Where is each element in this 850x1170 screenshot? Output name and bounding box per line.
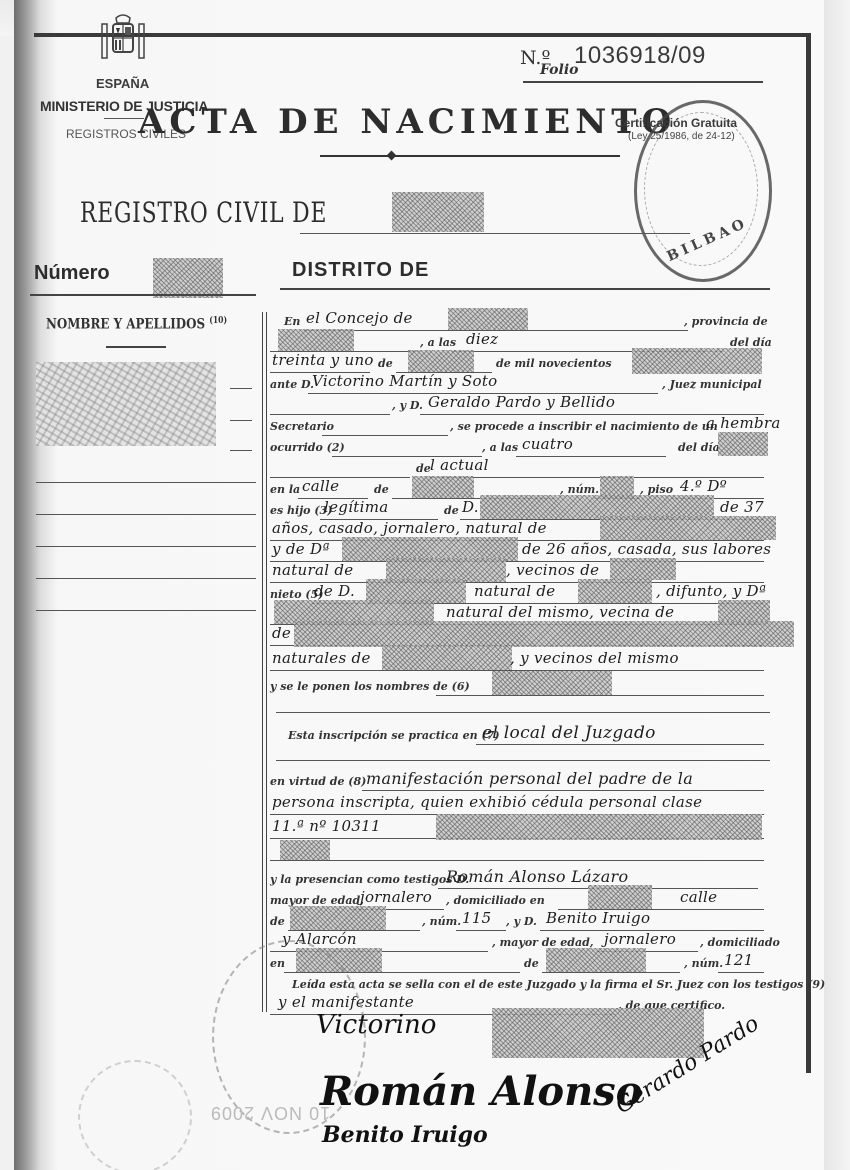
body-line-22b xyxy=(270,842,770,862)
redacted-full-name xyxy=(36,362,216,446)
body-line-3: treinta y uno de de mil novecientos xyxy=(270,354,770,374)
witness2-signature: Benito Iruigo xyxy=(322,1122,488,1148)
body-line-22: 11.ª nº 10311 xyxy=(270,820,770,840)
body-line-7: ocurrido (2) , a las cuatro del día xyxy=(270,438,770,458)
body-line-21: persona inscripta, quien exhibió cédula … xyxy=(270,796,770,816)
body-line-6: Secretario , se procede a inscribir el n… xyxy=(270,417,770,437)
body-line-20: en virtud de (8) manifestación personal … xyxy=(270,772,770,792)
body-line-12: y de Dª de 26 años, casada, sus labores xyxy=(270,543,770,563)
body-line-13: natural de , vecinos de xyxy=(270,564,770,584)
body-line-25: de , núm. 115 , y D. Benito Iruigo xyxy=(270,912,770,932)
redacted-witness1-street xyxy=(290,906,386,930)
district-rule xyxy=(280,288,770,290)
ruled-line xyxy=(276,760,770,761)
redacted-id-extra xyxy=(280,840,330,860)
redacted-id-details xyxy=(436,814,762,840)
ruled-line xyxy=(230,450,252,451)
redacted-grandfather-origin xyxy=(578,579,652,603)
redacted-father-origin xyxy=(600,516,776,540)
column-divider xyxy=(262,312,267,1012)
certification-label: Certificación Gratuita xyxy=(615,116,737,130)
body-line-5: , y D. Geraldo Pardo y Bellido xyxy=(270,396,770,416)
paper-right-edge xyxy=(824,0,850,1170)
body-line-8: de l actual xyxy=(270,459,770,479)
record-number-rule xyxy=(30,294,256,296)
coat-of-arms-icon xyxy=(98,12,148,68)
redacted-record-number xyxy=(153,258,223,298)
redacted-grandparents-origin xyxy=(382,646,512,670)
registry-label: REGISTRO CIVIL DE xyxy=(80,196,327,229)
faded-round-stamp xyxy=(78,1060,192,1170)
redacted-signature xyxy=(492,1008,704,1058)
frame-top-border xyxy=(34,33,810,37)
body-line-4: ante D. Victorino Martín y Soto , Juez m… xyxy=(270,375,770,395)
ruled-line xyxy=(36,514,256,515)
redacted-month xyxy=(408,350,474,372)
redacted-year xyxy=(632,348,762,374)
ruled-line xyxy=(36,610,256,611)
body-line-17: naturales de , y vecinos del mismo xyxy=(270,652,770,672)
name-column-heading: NOMBRE Y APELLIDOS (10) xyxy=(46,316,227,333)
body-line-16: de xyxy=(270,627,770,647)
redacted-day xyxy=(718,432,768,456)
redacted-municipality xyxy=(448,308,528,330)
redacted-registry xyxy=(392,192,484,232)
ruled-line xyxy=(36,578,256,579)
ruled-line xyxy=(36,482,256,483)
redacted-given-names xyxy=(492,671,612,695)
name-heading-rule xyxy=(106,346,166,348)
folio-label: Folio xyxy=(540,62,579,78)
certification-law: (Ley 25/1986, de 24-12) xyxy=(628,131,735,142)
ruled-line xyxy=(36,546,256,547)
ruled-line xyxy=(230,420,252,421)
ruled-line xyxy=(230,388,252,389)
redacted-witness1-city xyxy=(588,885,652,909)
number-value: 1036918/09 xyxy=(574,42,706,70)
registry-rule xyxy=(300,233,690,234)
district-label: DISTRITO DE xyxy=(292,259,429,282)
document-title: ACTA DE NACIMIENTO xyxy=(138,102,676,142)
date-stamp: 10 NOV 2009 xyxy=(210,1102,330,1123)
frame-right-border xyxy=(806,33,811,1073)
record-number-label: Número xyxy=(34,262,110,285)
body-line-19: Esta inscripción se practica en (7) el l… xyxy=(270,726,770,746)
body-line-23: y la presencian como testigos D. Román A… xyxy=(270,870,770,890)
redacted-residence xyxy=(610,558,676,580)
redacted-witness2-street xyxy=(546,948,646,972)
redacted-province xyxy=(278,329,354,351)
faded-back-text xyxy=(90,990,260,997)
title-rule xyxy=(320,155,620,157)
ruled-line xyxy=(276,712,770,713)
country-label: ESPAÑA xyxy=(96,76,149,91)
body-line-18: y se le ponen los nombres de (6) xyxy=(270,677,770,697)
number-rule xyxy=(523,81,763,83)
redacted-street xyxy=(412,476,474,498)
judge-signature: Victorino xyxy=(316,1010,436,1040)
redacted-maternal-grandparents xyxy=(294,621,794,647)
witness1-signature: Román Alonso xyxy=(320,1068,642,1115)
